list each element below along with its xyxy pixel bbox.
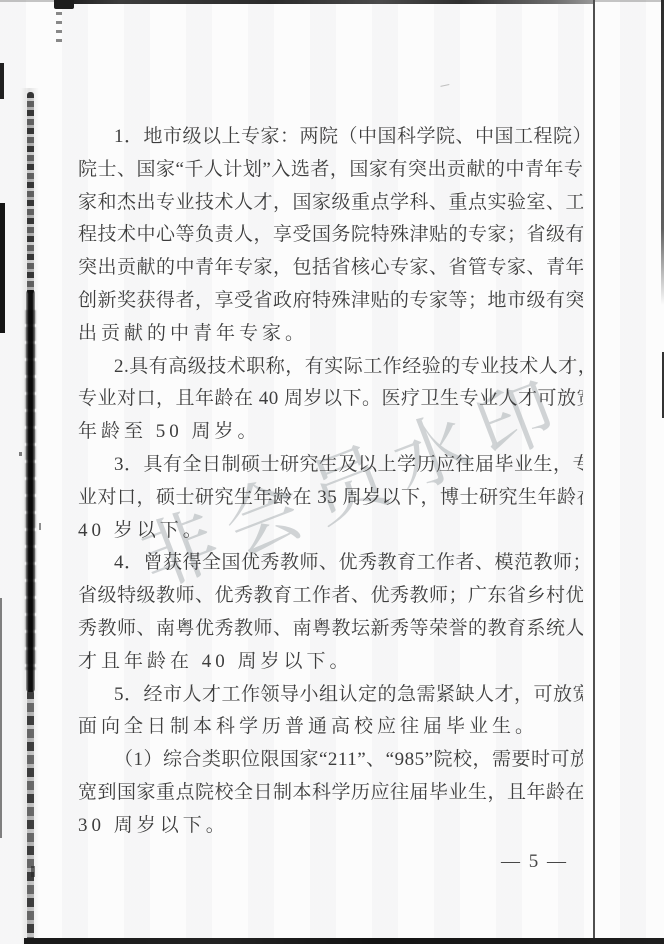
paragraph: 3．具有全日制硕士研究生及以上学历应往届毕业生，专业对口，硕士研究生年龄在 35…: [78, 449, 583, 547]
text-line: 30 周岁以下。: [78, 810, 583, 843]
scan-bottom-edge-band: [24, 938, 664, 944]
scan-left-edge-bar: [0, 598, 2, 838]
text-line: 秀教师、南粤优秀教师、南粤教坛新秀等荣誉的教育系统人: [78, 613, 583, 646]
binding-streak-upper: [27, 92, 34, 294]
scan-left-edge-bar: [0, 203, 5, 333]
scan-speck: [31, 866, 35, 877]
text-line: 才且年龄在 40 周岁以下。: [78, 646, 583, 679]
scan-speck: [39, 523, 41, 530]
text-line: （1）综合类职位限国家“211”、“985”院校，需要时可放: [78, 744, 583, 777]
scan-speck: [19, 452, 22, 456]
scan-left-edge-bar: [0, 63, 4, 99]
text-line: 5．经市人才工作领导小组认定的急需紧缺人才，可放宽: [78, 679, 583, 712]
text-line: 1．地市级以上专家：两院（中国科学院、中国工程院）: [78, 121, 583, 154]
scan-speck: [440, 80, 450, 87]
text-line: 2.具有高级技术职称，有实际工作经验的专业技术人才，: [78, 351, 583, 384]
text-line: 突出贡献的中青年专家，包括省核心专家、省管专家、青年: [78, 252, 583, 285]
paragraph: 5．经市人才工作领导小组认定的急需紧缺人才，可放宽面向全日制本科学历普通高校应往…: [78, 679, 583, 745]
binding-streak-noise: [25, 310, 36, 670]
document-text-block: 1．地市级以上专家：两院（中国科学院、中国工程院）院士、国家“千人计划”入选者，…: [78, 121, 583, 843]
text-line: 专业对口，且年龄在 40 周岁以下。医疗卫生专业人才可放宽: [78, 383, 583, 416]
page-number: — 5 —: [78, 852, 577, 872]
binding-streak-lower: [27, 690, 34, 942]
text-line: 创新奖获得者，享受省政府特殊津贴的专家等；地市级有突: [78, 285, 583, 318]
text-line: 4．曾获得全国优秀教师、优秀教育工作者、模范教师；: [78, 547, 583, 580]
scanned-document-page: 非会员水印 1．地市级以上专家：两院（中国科学院、中国工程院）院士、国家“千人计…: [0, 0, 664, 944]
text-line: 家和杰出专业技术人才，国家级重点学科、重点实验室、工: [78, 187, 583, 220]
text-line: 业对口，硕士研究生年龄在 35 周岁以下，博士研究生年龄在: [78, 482, 583, 515]
page-border-line: [593, 0, 595, 941]
text-line: 年龄至 50 周岁。: [78, 416, 583, 449]
text-line: 3．具有全日制硕士研究生及以上学历应往届毕业生，专: [78, 449, 583, 482]
text-line: 面向全日制本科学历普通高校应往届毕业生。: [78, 711, 583, 744]
paragraph: 1．地市级以上专家：两院（中国科学院、中国工程院）院士、国家“千人计划”入选者，…: [78, 121, 583, 351]
text-line: 40 岁以下。: [78, 515, 583, 548]
scan-top-edge-band: [54, 0, 595, 4]
paragraph: 4．曾获得全国优秀教师、优秀教育工作者、模范教师；省级特级教师、优秀教育工作者、…: [78, 547, 583, 678]
text-line: 程技术中心等负责人，享受国务院特殊津贴的专家；省级有: [78, 219, 583, 252]
paragraph: 2.具有高级技术职称，有实际工作经验的专业技术人才，专业对口，且年龄在 40 周…: [78, 351, 583, 449]
scan-top-edge-notch: [54, 0, 74, 9]
paragraph: （1）综合类职位限国家“211”、“985”院校，需要时可放宽到国家重点院校全日…: [78, 744, 583, 842]
text-line: 省级特级教师、优秀教育工作者、优秀教师；广东省乡村优: [78, 580, 583, 613]
scan-specks-top-left: [56, 12, 62, 42]
text-line: 院士、国家“千人计划”入选者，国家有突出贡献的中青年专: [78, 154, 583, 187]
text-line: 宽到国家重点院校全日制本科学历应往届毕业生，且年龄在: [78, 777, 583, 810]
text-line: 出贡献的中青年专家。: [78, 318, 583, 351]
